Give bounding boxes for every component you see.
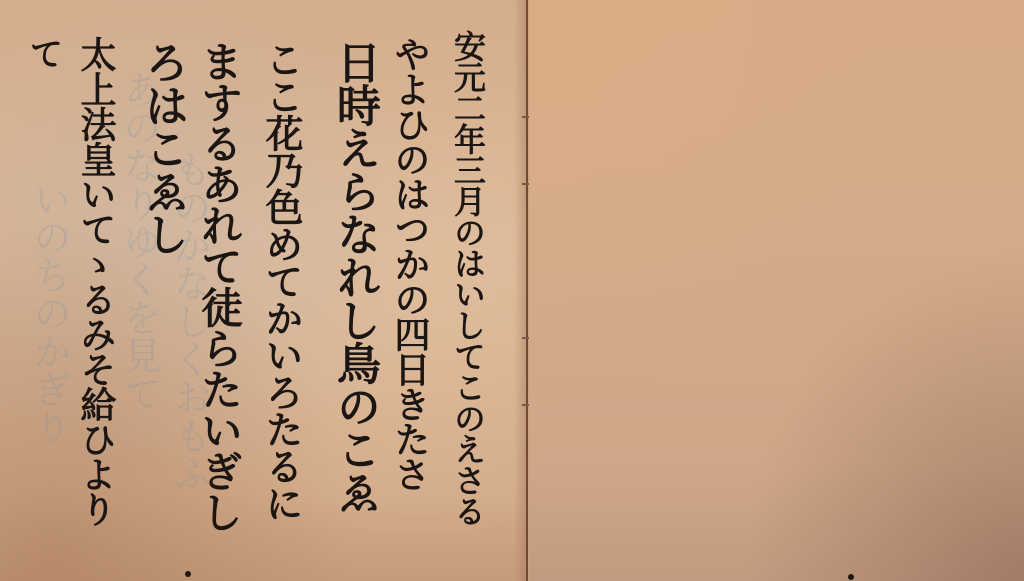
gutter-shadow bbox=[514, 0, 526, 581]
ink-spot bbox=[185, 571, 191, 577]
text-column-1: 安元二年三月のはいしてこのえさる bbox=[452, 30, 484, 526]
text-column-6: ろはこゑし bbox=[140, 40, 184, 255]
text-column-2: やよひのはつかの四日きたさ bbox=[392, 36, 428, 491]
right-page bbox=[529, 0, 1024, 581]
ink-spot bbox=[848, 574, 854, 580]
text-column-8: て bbox=[26, 36, 60, 69]
bleed-through-text: いのちのかぎり bbox=[30, 180, 68, 446]
text-column-5: まするあれて徒らたいぎし bbox=[198, 40, 240, 532]
text-column-7: 太上法皇いてゝるみそ給ひより bbox=[78, 36, 114, 526]
book-gutter bbox=[526, 0, 528, 581]
left-page: あのなりゆくを見て ものかなしくおもふ いのちのかぎり 安元二年三月のはいしてこ… bbox=[0, 0, 527, 581]
text-column-3: 日時えらなれし鳥のこゑ bbox=[332, 40, 376, 513]
text-column-4: ここ花乃色めてかいろたるに bbox=[262, 40, 300, 521]
manuscript-spread: あのなりゆくを見て ものかなしくおもふ いのちのかぎり 安元二年三月のはいしてこ… bbox=[0, 0, 1024, 581]
